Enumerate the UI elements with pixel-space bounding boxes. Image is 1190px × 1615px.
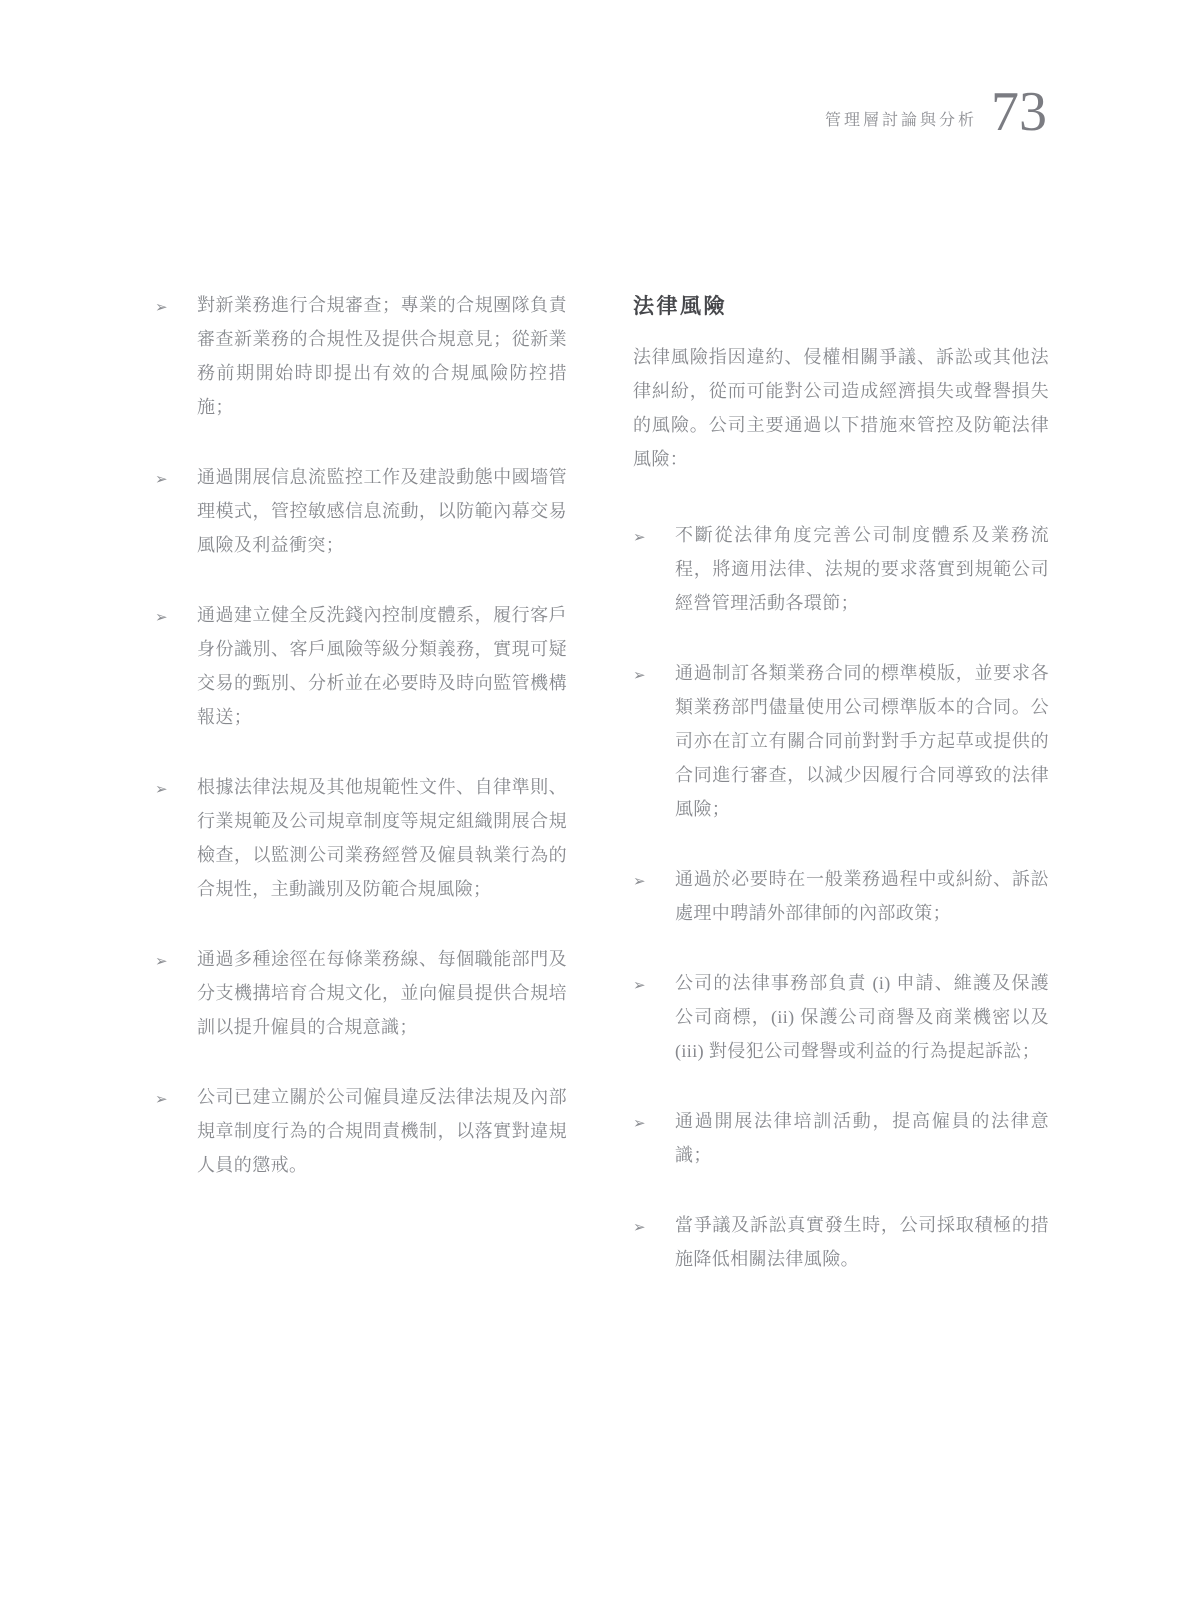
bullet-text: 通過開展法律培訓活動，提高僱員的法律意識； — [675, 1104, 1049, 1172]
bullet-item: ➢ 當爭議及訴訟真實發生時，公司採取積極的措施降低相關法律風險。 — [633, 1208, 1049, 1276]
bullet-arrow-icon: ➢ — [633, 1104, 675, 1172]
bullet-text: 通過建立健全反洗錢內控制度體系，履行客戶身份識別、客戶風險等級分類義務，實現可疑… — [197, 598, 567, 734]
bullet-item: ➢ 不斷從法律角度完善公司制度體系及業務流程，將適用法律、法規的要求落實到規範公… — [633, 518, 1049, 620]
left-column: ➢ 對新業務進行合規審查；專業的合規團隊負責審查新業務的合規性及提供合規意見；從… — [155, 288, 567, 1312]
bullet-arrow-icon: ➢ — [633, 966, 675, 1068]
bullet-arrow-icon: ➢ — [633, 1208, 675, 1276]
page-number: 73 — [991, 86, 1047, 139]
bullet-arrow-icon: ➢ — [633, 656, 675, 826]
bullet-text: 根據法律法規及其他規範性文件、自律準則、行業規範及公司規章制度等規定組織開展合規… — [197, 770, 567, 906]
bullet-item: ➢ 通過多種途徑在每條業務線、每個職能部門及分支機搆培育合規文化，並向僱員提供合… — [155, 942, 567, 1044]
intro-paragraph: 法律風險指因違約、侵權相關爭議、訴訟或其他法律糾紛，從而可能對公司造成經濟損失或… — [633, 340, 1049, 476]
bullet-item: ➢ 通過開展法律培訓活動，提高僱員的法律意識； — [633, 1104, 1049, 1172]
bullet-arrow-icon: ➢ — [633, 862, 675, 930]
document-page: 管理層討論與分析 73 ➢ 對新業務進行合規審查；專業的合規團隊負責審查新業務的… — [0, 0, 1190, 1615]
bullet-arrow-icon: ➢ — [155, 598, 197, 734]
bullet-text: 對新業務進行合規審查；專業的合規團隊負責審查新業務的合規性及提供合規意見；從新業… — [197, 288, 567, 424]
bullet-arrow-icon: ➢ — [633, 518, 675, 620]
page-header: 管理層討論與分析 73 — [825, 86, 1047, 139]
bullet-item: ➢ 通過制訂各類業務合同的標準模版，並要求各類業務部門儘量使用公司標準版本的合同… — [633, 656, 1049, 826]
right-column: 法律風險 法律風險指因違約、侵權相關爭議、訴訟或其他法律糾紛，從而可能對公司造成… — [633, 288, 1049, 1312]
bullet-arrow-icon: ➢ — [155, 288, 197, 424]
bullet-text: 公司已建立關於公司僱員違反法律法規及內部規章制度行為的合規問責機制，以落實對違規… — [197, 1080, 567, 1182]
bullet-arrow-icon: ➢ — [155, 942, 197, 1044]
bullet-text: 通過多種途徑在每條業務線、每個職能部門及分支機搆培育合規文化，並向僱員提供合規培… — [197, 942, 567, 1044]
bullet-text: 公司的法律事務部負責 (i) 申請、維護及保護公司商標，(ii) 保護公司商譽及… — [675, 966, 1049, 1068]
bullet-arrow-icon: ➢ — [155, 770, 197, 906]
bullet-item: ➢ 公司的法律事務部負責 (i) 申請、維護及保護公司商標，(ii) 保護公司商… — [633, 966, 1049, 1068]
bullet-text: 通過開展信息流監控工作及建設動態中國墻管理模式，管控敏感信息流動，以防範內幕交易… — [197, 460, 567, 562]
bullet-text: 通過制訂各類業務合同的標準模版，並要求各類業務部門儘量使用公司標準版本的合同。公… — [675, 656, 1049, 826]
content-columns: ➢ 對新業務進行合規審查；專業的合規團隊負責審查新業務的合規性及提供合規意見；從… — [155, 288, 1049, 1312]
bullet-item: ➢ 根據法律法規及其他規範性文件、自律準則、行業規範及公司規章制度等規定組織開展… — [155, 770, 567, 906]
bullet-text: 當爭議及訴訟真實發生時，公司採取積極的措施降低相關法律風險。 — [675, 1208, 1049, 1276]
bullet-item: ➢ 通過開展信息流監控工作及建設動態中國墻管理模式，管控敏感信息流動，以防範內幕… — [155, 460, 567, 562]
bullet-item: ➢ 通過於必要時在一般業務過程中或糾紛、訴訟處理中聘請外部律師的內部政策； — [633, 862, 1049, 930]
bullet-item: ➢ 通過建立健全反洗錢內控制度體系，履行客戶身份識別、客戶風險等級分類義務，實現… — [155, 598, 567, 734]
bullet-item: ➢ 對新業務進行合規審查；專業的合規團隊負責審查新業務的合規性及提供合規意見；從… — [155, 288, 567, 424]
bullet-arrow-icon: ➢ — [155, 1080, 197, 1182]
bullet-text: 不斷從法律角度完善公司制度體系及業務流程，將適用法律、法規的要求落實到規範公司經… — [675, 518, 1049, 620]
bullet-item: ➢ 公司已建立關於公司僱員違反法律法規及內部規章制度行為的合規問責機制，以落實對… — [155, 1080, 567, 1182]
bullet-arrow-icon: ➢ — [155, 460, 197, 562]
header-section-title: 管理層討論與分析 — [825, 107, 977, 139]
bullet-text: 通過於必要時在一般業務過程中或糾紛、訴訟處理中聘請外部律師的內部政策； — [675, 862, 1049, 930]
section-heading: 法律風險 — [633, 290, 1049, 320]
